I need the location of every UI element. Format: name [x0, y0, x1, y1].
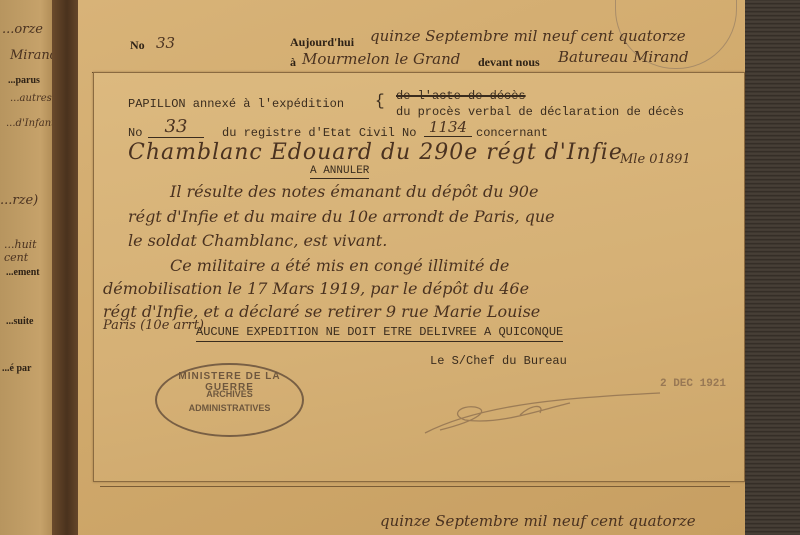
register-number: 1134	[424, 118, 472, 137]
option-struck: de l'acte de décès	[396, 89, 526, 103]
option-kept: du procès verbal de déclaration de décès	[396, 105, 684, 119]
left-fragment: ...autres	[10, 93, 52, 104]
concerning-label: concernant	[476, 126, 548, 140]
ministry-stamp: MINISTERE DE LA GUERRE ARCHIVES ADMINIST…	[155, 363, 304, 437]
subject-line: Chamblanc Edouard du 290e régt d'Infie	[128, 140, 623, 165]
matricule: Mle 01891	[620, 152, 691, 167]
left-fragment: ...é par	[2, 363, 31, 374]
body-line: démobilisation le 17 Mars 1919, par le d…	[103, 279, 529, 298]
before-label: devant nous	[478, 55, 540, 70]
slip-bottom-rule	[100, 486, 730, 487]
date-label: Aujourd'hui	[290, 35, 354, 50]
warning-notice: AUCUNE EXPEDITION NE DOIT ETRE DELIVREE …	[196, 325, 563, 342]
place-handwritten: Mourmelon le Grand	[302, 50, 460, 68]
cancel-stamp: A ANNULER	[310, 165, 369, 179]
brace: {	[375, 92, 385, 110]
stamp-bottom-text: ADMINISTRATIVES	[157, 403, 302, 413]
stamp-middle-text: ARCHIVES	[157, 389, 302, 399]
officer-handwritten: Batureau Mirand	[558, 48, 689, 66]
left-fragment: ...ement	[6, 267, 40, 278]
date-stamp: 2 DEC 1921	[660, 378, 726, 390]
body-line: régt d'Infie et du maire du 10e arrondt …	[128, 207, 555, 226]
entry-number: 33	[156, 34, 175, 52]
signature	[420, 385, 670, 440]
number-value: 33	[148, 116, 204, 138]
number-label: No	[128, 126, 142, 140]
place-prefix: à	[290, 55, 296, 70]
body-line: Il résulte des notes émanant du dépôt du…	[170, 182, 538, 201]
papillon-title: PAPILLON annexé à l'expédition	[128, 97, 344, 111]
signatory-title: Le S/Chef du Bureau	[430, 354, 567, 368]
left-fragment: ...huit cent	[4, 238, 58, 264]
left-fragment: ...parus	[8, 75, 40, 86]
body-line: Ce militaire a été mis en congé illimité…	[170, 256, 509, 275]
left-fragment: ...suite	[6, 316, 34, 327]
left-fragment: ...rze)	[0, 193, 38, 208]
body-line: le soldat Chamblanc, est vivant.	[128, 231, 387, 250]
date-handwritten: quinze Septembre mil neuf cent quatorze	[370, 27, 686, 45]
entry-number-label: No	[130, 38, 145, 53]
left-fragment: Mirand	[10, 48, 58, 63]
body-line: Paris (10e arrt)	[103, 318, 204, 333]
left-page: ...orze Mirand ...parus ...autres ...d'I…	[0, 0, 58, 535]
register-text: du registre d'Etat Civil No	[222, 126, 416, 140]
bottom-repeat-date: quinze Septembre mil neuf cent quatorze	[380, 512, 696, 530]
left-fragment: ...orze	[2, 22, 43, 37]
book-spine	[745, 0, 800, 535]
